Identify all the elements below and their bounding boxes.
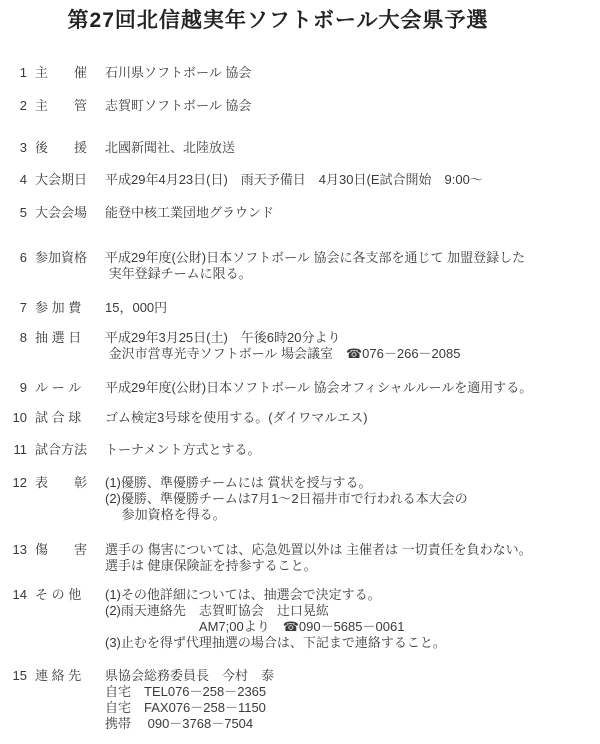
content-line: (1)優勝、準優勝チームには 賞状を授与する。 — [105, 475, 600, 491]
item-content: 平成29年4月23日(日) 雨天予備日 4月30日(E試合開始 9:00～ — [105, 172, 600, 188]
item-label: 主 管 — [35, 98, 105, 114]
item-content: 15，000円 — [105, 300, 600, 316]
content-line: (1)その他詳細については、抽選会で決定する。 — [105, 587, 600, 603]
item-label: 後 援 — [35, 140, 105, 156]
content-line: 自宅 TEL076－258－2365 — [105, 684, 600, 700]
content-line: AM7;00より ☎090－5685－0061 — [105, 619, 600, 635]
item-number: 10 — [10, 410, 27, 426]
item-content: 平成29年3月25日(土) 午後6時20分より 金沢市営専光寺ソフトボール 場会… — [105, 330, 600, 362]
content-line: 実年登録チームに限る。 — [105, 266, 600, 282]
item-13-shogai: 13 傷 害 選手の 傷害については、応急処置以外は 主催者は 一切責任を負わな… — [10, 542, 600, 574]
item-label: 表 彰 — [35, 475, 105, 491]
item-6-sanka-shikaku: 6 参加資格 平成29年度(公財)日本ソフトボール 協会に各支部を通じて 加盟登… — [10, 250, 600, 282]
item-label: 大会会場 — [35, 205, 105, 221]
item-content: 志賀町ソフトボール 協会 — [105, 98, 600, 114]
item-content: トーナメント方式とする。 — [105, 442, 600, 458]
item-label: 連 絡 先 — [35, 668, 105, 684]
item-label: 傷 害 — [35, 542, 105, 558]
item-content: (1)優勝、準優勝チームには 賞状を授与する。 (2)優勝、準優勝チームは7月1… — [105, 475, 600, 523]
item-number: 9 — [10, 380, 27, 396]
content-line: 北國新聞社、北陸放送 — [105, 140, 600, 156]
item-7-sanka-hi: 7 参 加 費 15，000円 — [10, 300, 600, 316]
item-number: 7 — [10, 300, 27, 316]
item-4-taikai-kijitsu: 4 大会期日 平成29年4月23日(日) 雨天予備日 4月30日(E試合開始 9… — [10, 172, 600, 188]
item-10-shiaikyu: 10 試 合 球 ゴム検定3号球を使用する。(ダイワマルエス) — [10, 410, 600, 426]
item-number: 4 — [10, 172, 27, 188]
item-list: 1 主 催 石川県ソフトボール 協会 2 主 管 志賀町ソフトボール 協会 3 … — [10, 65, 600, 732]
item-number: 15 — [10, 668, 27, 684]
content-line: 平成29年3月25日(土) 午後6時20分より — [105, 330, 600, 346]
content-line: 平成29年4月23日(日) 雨天予備日 4月30日(E試合開始 9:00～ — [105, 172, 600, 188]
item-3-koen: 3 後 援 北國新聞社、北陸放送 — [10, 140, 600, 156]
content-line: (3)止むを得ず代理抽選の場合は、下記まで連絡すること。 — [105, 635, 600, 651]
content-line: (2)雨天連絡先 志賀町協会 辻口晃紘 — [105, 603, 600, 619]
item-number: 3 — [10, 140, 27, 156]
item-8-chusen-bi: 8 抽 選 日 平成29年3月25日(土) 午後6時20分より 金沢市営専光寺ソ… — [10, 330, 600, 362]
item-content: 選手の 傷害については、応急処置以外は 主催者は 一切責任を負わない。 選手は … — [105, 542, 600, 574]
item-content: (1)その他詳細については、抽選会で決定する。 (2)雨天連絡先 志賀町協会 辻… — [105, 587, 600, 651]
item-content: 平成29年度(公財)日本ソフトボール 協会オフィシャルルールを適用する。 — [105, 380, 600, 396]
item-number: 2 — [10, 98, 27, 114]
content-line: (2)優勝、準優勝チームは7月1～2日福井市で行われる本大会の — [105, 491, 600, 507]
item-content: ゴム検定3号球を使用する。(ダイワマルエス) — [105, 410, 600, 426]
tournament-announcement-document: 第27回北信越実年ソフトボール大会県予選 1 主 催 石川県ソフトボール 協会 … — [0, 0, 600, 744]
content-line: 選手は 健康保険証を持参すること。 — [105, 558, 600, 574]
content-line: 15，000円 — [105, 300, 600, 316]
content-line: 参加資格を得る。 — [105, 507, 600, 523]
content-line: 自宅 FAX076－258－1150 — [105, 700, 600, 716]
content-line: 選手の 傷害については、応急処置以外は 主催者は 一切責任を負わない。 — [105, 542, 600, 558]
content-line: 石川県ソフトボール 協会 — [105, 65, 600, 81]
item-2-shukan: 2 主 管 志賀町ソフトボール 協会 — [10, 98, 600, 114]
content-line: 県協会総務委員長 今村 泰 — [105, 668, 600, 684]
item-label: 試合方法 — [35, 442, 105, 458]
page-title: 第27回北信越実年ソフトボール大会県予選 — [0, 6, 556, 36]
item-label: 試 合 球 — [35, 410, 105, 426]
item-number: 1 — [10, 65, 27, 81]
item-content: 平成29年度(公財)日本ソフトボール 協会に各支部を通じて 加盟登録した 実年登… — [105, 250, 600, 282]
item-number: 6 — [10, 250, 27, 266]
item-content: 石川県ソフトボール 協会 — [105, 65, 600, 81]
item-5-taikai-kaijo: 5 大会会場 能登中核工業団地グラウンド — [10, 205, 600, 221]
item-number: 11 — [10, 442, 27, 458]
item-number: 12 — [10, 475, 27, 491]
item-15-renrakusaki: 15 連 絡 先 県協会総務委員長 今村 泰 自宅 TEL076－258－236… — [10, 668, 600, 732]
item-number: 13 — [10, 542, 27, 558]
item-11-shiai-hoho: 11 試合方法 トーナメント方式とする。 — [10, 442, 600, 458]
item-label: そ の 他 — [35, 587, 105, 603]
item-label: 大会期日 — [35, 172, 105, 188]
item-label: 参加資格 — [35, 250, 105, 266]
content-line: トーナメント方式とする。 — [105, 442, 600, 458]
content-line: 能登中核工業団地グラウンド — [105, 205, 600, 221]
item-label: ル ー ル — [35, 380, 105, 396]
content-line: 志賀町ソフトボール 協会 — [105, 98, 600, 114]
item-content: 県協会総務委員長 今村 泰 自宅 TEL076－258－2365 自宅 FAX0… — [105, 668, 600, 732]
content-line: 金沢市営専光寺ソフトボール 場会議室 ☎076－266－2085 — [105, 346, 600, 362]
item-content: 北國新聞社、北陸放送 — [105, 140, 600, 156]
item-number: 14 — [10, 587, 27, 603]
item-label: 主 催 — [35, 65, 105, 81]
item-label: 抽 選 日 — [35, 330, 105, 346]
content-line: 携帯 090－3768－7504 — [105, 716, 600, 732]
content-line: 平成29年度(公財)日本ソフトボール 協会に各支部を通じて 加盟登録した — [105, 250, 600, 266]
item-number: 5 — [10, 205, 27, 221]
content-line: ゴム検定3号球を使用する。(ダイワマルエス) — [105, 410, 600, 426]
item-content: 能登中核工業団地グラウンド — [105, 205, 600, 221]
item-1-shusai: 1 主 催 石川県ソフトボール 協会 — [10, 65, 600, 81]
item-label: 参 加 費 — [35, 300, 105, 316]
item-12-hyosho: 12 表 彰 (1)優勝、準優勝チームには 賞状を授与する。 (2)優勝、準優勝… — [10, 475, 600, 523]
item-14-sonota: 14 そ の 他 (1)その他詳細については、抽選会で決定する。 (2)雨天連絡… — [10, 587, 600, 651]
item-9-rule: 9 ル ー ル 平成29年度(公財)日本ソフトボール 協会オフィシャルルールを適… — [10, 380, 600, 396]
item-number: 8 — [10, 330, 27, 346]
content-line: 平成29年度(公財)日本ソフトボール 協会オフィシャルルールを適用する。 — [105, 380, 600, 396]
